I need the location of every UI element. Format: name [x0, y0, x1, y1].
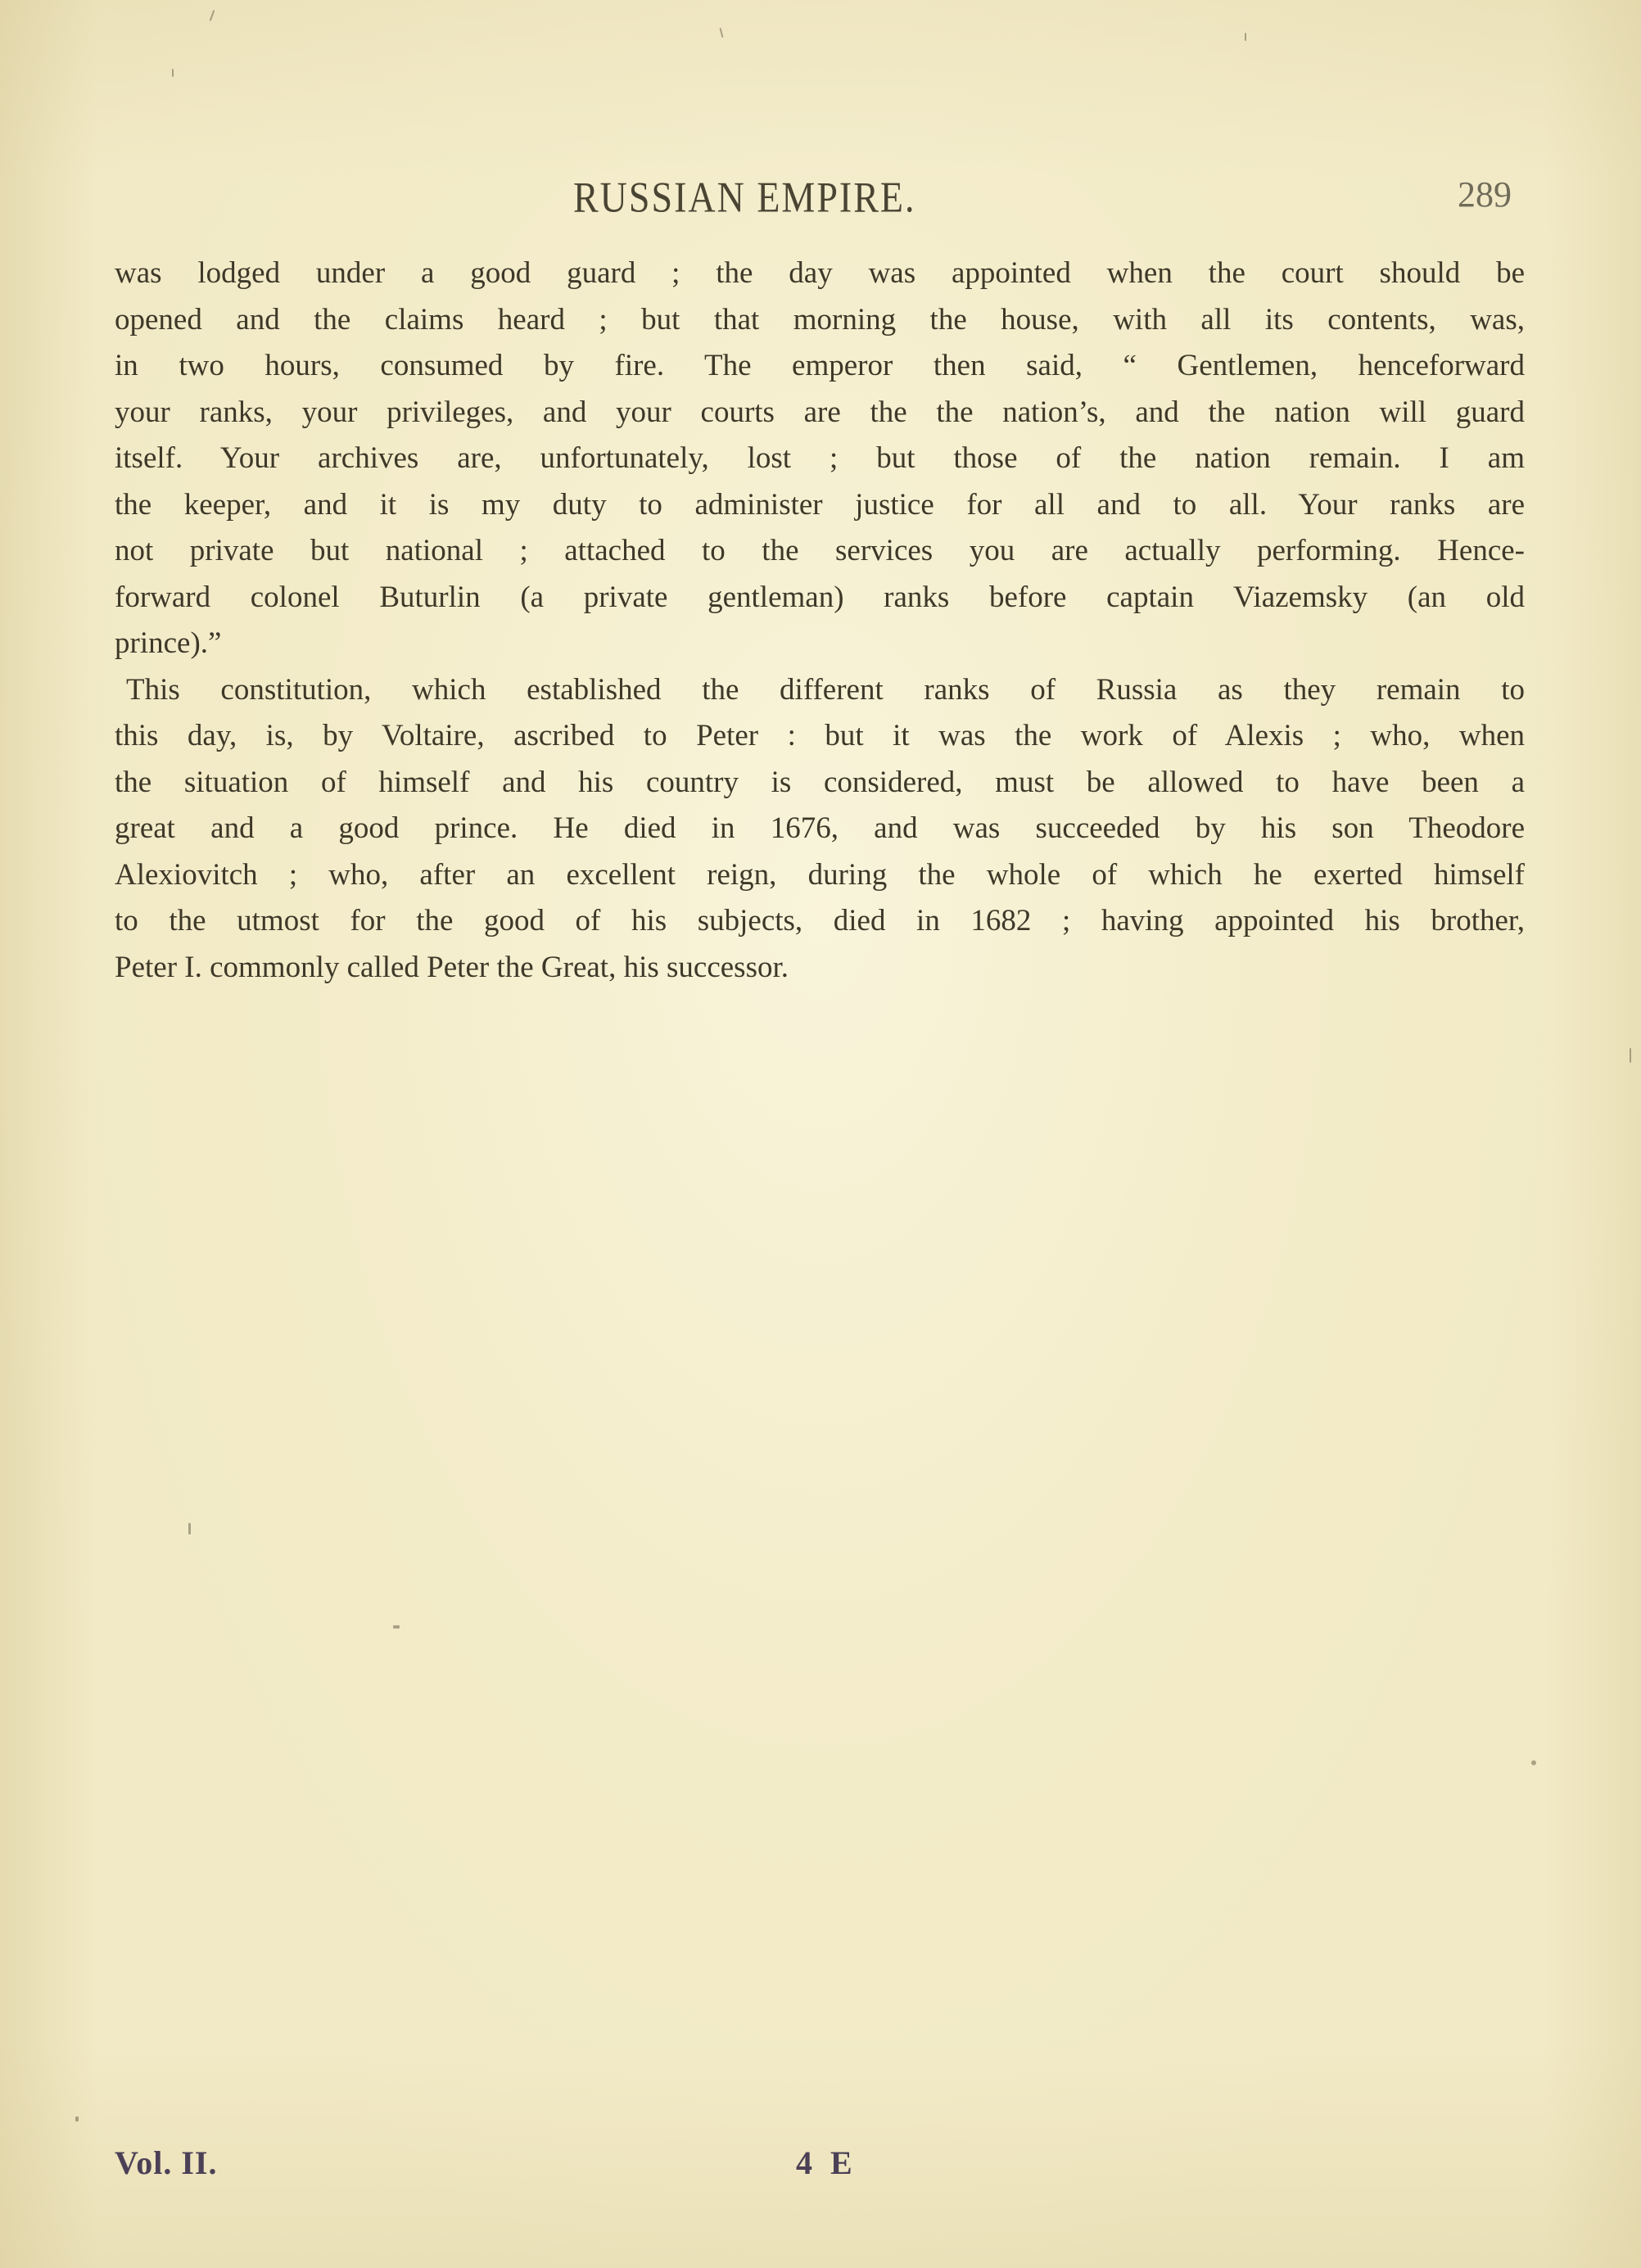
paper-speck — [1531, 1760, 1536, 1765]
text-line: your ranks, your privileges, and your co… — [115, 390, 1525, 436]
text-line: in two hours, consumed by fire. The empe… — [115, 343, 1525, 390]
paper-speck — [172, 69, 174, 77]
body-text: was lodged under a good guard ; the day … — [115, 251, 1525, 991]
paper-speck — [1245, 33, 1246, 41]
running-title: RUSSIAN EMPIRE. — [573, 172, 916, 222]
running-head: RUSSIAN EMPIRE. 289 — [0, 172, 1641, 221]
paper-speck — [719, 28, 723, 38]
text-line: this day, is, by Voltaire, ascribed to P… — [115, 713, 1525, 760]
paper-speck — [393, 1625, 400, 1629]
text-line: the keeper, and it is my duty to adminis… — [115, 482, 1525, 529]
text-line: itself. Your archives are, unfortunately… — [115, 436, 1525, 482]
volume-label: Vol. II. — [115, 2144, 217, 2182]
text-line: Alexiovitch ; who, after an excellent re… — [115, 852, 1525, 899]
text-line: opened and the claims heard ; but that m… — [115, 297, 1525, 344]
paper-speck — [210, 10, 215, 21]
paragraph-2: This constitution, which established the… — [115, 667, 1525, 992]
paper-speck — [1630, 1048, 1631, 1063]
text-line: Peter I. commonly called Peter the Great… — [115, 945, 1525, 992]
text-line: to the utmost for the good of his subjec… — [115, 898, 1525, 945]
book-page: RUSSIAN EMPIRE. 289 was lodged under a g… — [0, 0, 1641, 2268]
text-line: great and a good prince. He died in 1676… — [115, 806, 1525, 852]
text-line: the situation of himself and his country… — [115, 760, 1525, 806]
text-line: This constitution, which established the… — [115, 667, 1525, 714]
text-line: not private but national ; attached to t… — [115, 528, 1525, 575]
signature-mark: 4 E — [796, 2144, 857, 2182]
page-number: 289 — [1458, 174, 1512, 215]
text-line: was lodged under a good guard ; the day … — [115, 251, 1525, 297]
page-footer: Vol. II. 4 E — [0, 2144, 1641, 2193]
text-line: prince).” — [115, 621, 1525, 667]
text-line: forward colonel Buturlin (a private gent… — [115, 575, 1525, 621]
paragraph-1: was lodged under a good guard ; the day … — [115, 251, 1525, 667]
paper-speck — [188, 1523, 191, 1534]
paper-speck — [75, 2117, 79, 2121]
